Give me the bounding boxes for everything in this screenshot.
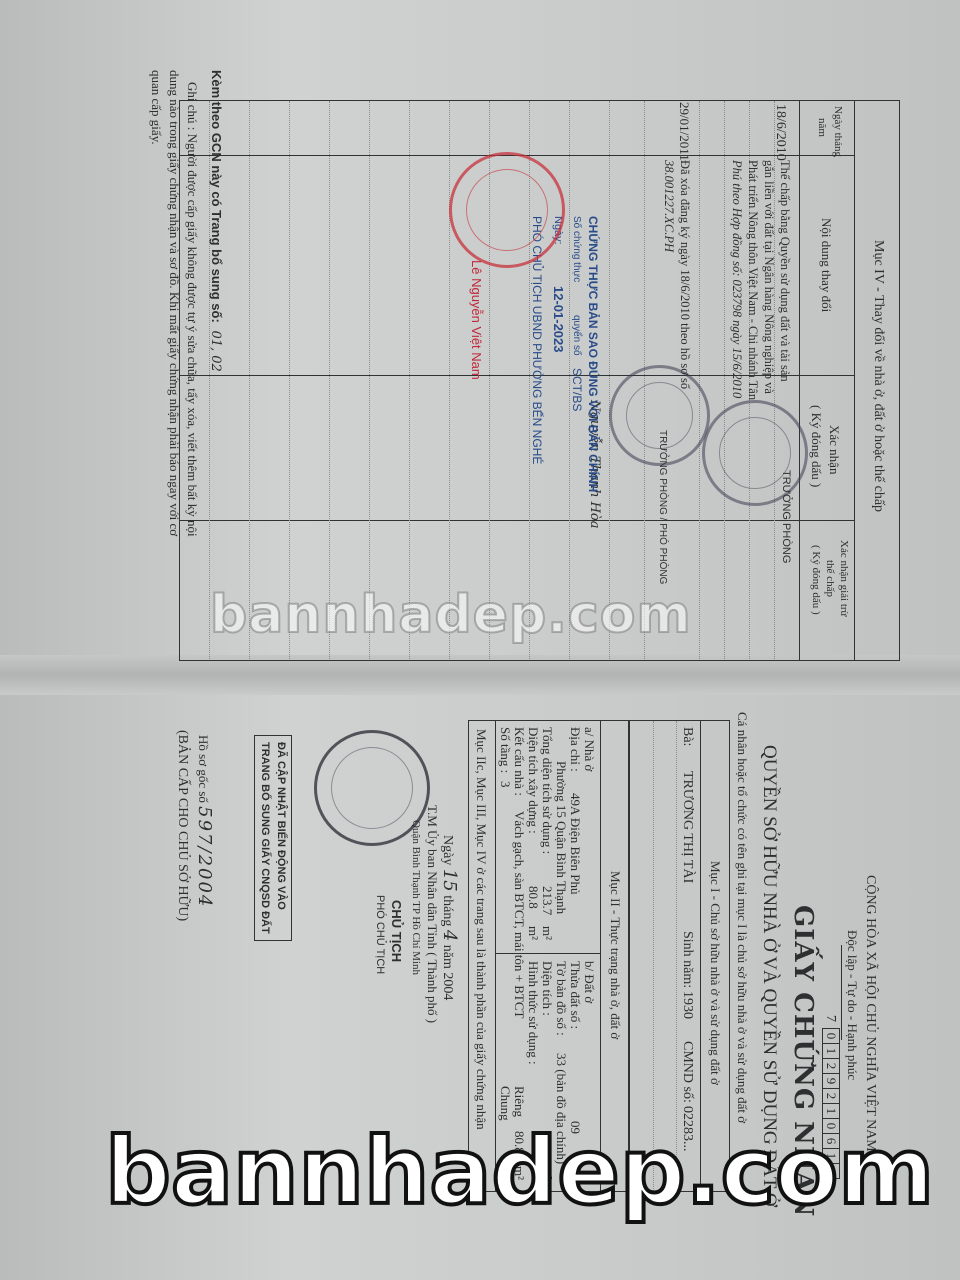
usage-label: Hình thức sử dụng :	[525, 961, 541, 1065]
sign-role: CHỦ TỊCH	[389, 900, 404, 962]
issue-date: Ngày 15 tháng 4 năm 2004	[439, 835, 460, 1000]
file-number: Hồ sơ gốc số 597/2004	[194, 735, 215, 908]
parcel-label: Thửa đất số :	[567, 961, 583, 1029]
footer-note: Mục IIc, Mục III, Mục IV ở các trang sau…	[473, 729, 489, 1130]
sign-role-2: PHÓ CHỦ TỊCH	[374, 895, 386, 974]
attached-pages: Kèm theo GCN này có Trang bổ sung số: 01…	[208, 70, 224, 372]
id-label: CMND số:	[679, 1041, 695, 1103]
birth-label: Sinh năm:	[679, 931, 695, 988]
col-date-a: Ngày tháng	[832, 106, 844, 157]
copy-note: (BẢN CẤP CHO CHỦ SỞ HỮU)	[174, 730, 190, 921]
row2-line2: 38.001227.XC.PH	[661, 160, 676, 252]
cert-signer: Lê Nguyễn Việt Nam	[469, 260, 484, 380]
structure-label: Kết cấu nhà :	[511, 727, 527, 796]
issuing-authority: T.M Ủy ban Nhân dân Tỉnh ( Thành phố )	[424, 805, 440, 1023]
col-release-c: ( Ký đóng dấu )	[810, 545, 822, 615]
shared-label: Chung	[497, 1086, 513, 1121]
address-label: Địa chỉ :	[567, 727, 583, 772]
certificate-intro: Cá nhân hoặc tổ chức có tên ghi tại mục …	[734, 712, 750, 1123]
floors-value: 3	[497, 781, 513, 788]
row1-stamp-role: TRƯỞNG PHÒNG	[780, 470, 792, 563]
col-release-b: thế chấp	[824, 560, 836, 597]
owner-name: TRƯƠNG THỊ TÀI	[679, 771, 695, 883]
birth-year: 1930	[679, 991, 695, 1019]
private-label: Riêng	[511, 1086, 527, 1117]
total-area-label: Tổng diện tích sử dụng :	[539, 727, 555, 854]
built-area-value: 80.8	[525, 886, 541, 909]
ward-red-stamp	[449, 152, 565, 268]
floors-label: Số tầng :	[497, 727, 513, 773]
row1-date: 18/6/2010	[772, 104, 788, 161]
cert-title: CHỨNG THỰC BẢN SAO ĐÚNG VỚI BẢN CHÍNH	[586, 216, 600, 492]
cert-book-label: quyển số	[571, 315, 582, 356]
col-content: Nội dung thay đổi	[818, 218, 834, 312]
update-box: ĐÃ CẬP NHẬT BIẾN ĐỘNG VÀO TRANG BỔ SUNG …	[254, 735, 292, 941]
section-iv-title: Mục IV - Thay đổi về nhà ở, đất ở hoặc t…	[870, 240, 886, 512]
total-area-unit: m²	[539, 926, 555, 940]
district-stamp	[314, 730, 430, 846]
watermark-center: bannhadep.com	[210, 585, 692, 645]
row2-date: 29/01/2011	[676, 102, 692, 161]
col-confirm-b: ( Ký đóng dấu )	[808, 405, 824, 487]
address-value: 49A Điện Biên Phủ	[567, 793, 583, 894]
note-line-2: dung nào trong giấy chứng nhận và sơ đồ.…	[166, 70, 182, 536]
cert-date-value: 12-01-2023	[551, 286, 566, 353]
built-area-label: Diện tích xây dựng :	[525, 727, 541, 834]
row2-stamp-role: TRƯỞNG PHÒNG / PHÓ PHÒNG	[657, 430, 668, 584]
row1-line3: Phát triển Nông thôn Việt Nam - Chi nhán…	[745, 160, 760, 400]
section-i-title: Mục I - Chủ sở hữu nhà ở và sử dụng đất …	[707, 861, 723, 1085]
national-header: CỘNG HÒA XÃ HỘI CHỦ NGHĨA VIỆT NAM	[862, 875, 878, 1152]
ward-value: Phường 15 Quận Bình Thạnh	[553, 761, 569, 914]
col-confirm-a: Xác nhận	[826, 425, 842, 474]
map-label: Tờ bản đồ số :	[553, 961, 569, 1036]
built-area-unit: m²	[525, 926, 541, 940]
row1-line1: Thế chấp bằng Quyền sử dụng đất và tài s…	[777, 160, 792, 382]
cert-no-label: Số chứng thực	[571, 216, 582, 282]
serial-prefix: 7	[823, 1015, 838, 1022]
watermark-bottom: bannhadep.com	[105, 1118, 934, 1225]
col-release-a: Xác nhận giải trừ	[838, 540, 850, 617]
note-line-1: Ghi chú : Người được cấp giấy không được…	[184, 82, 200, 537]
motto: Độc lập - Tự do - Hạnh phúc	[844, 930, 860, 1080]
attached-label: Kèm theo GCN này có Trang bổ sung số:	[209, 70, 224, 323]
total-area-value: 213.7	[539, 886, 555, 915]
owner-title: Bà:	[679, 727, 695, 746]
row2-line1: Đã xóa đăng ký ngày 18/6/2010 theo hồ sơ…	[677, 160, 692, 389]
section-iv-table: Mục IV - Thay đổi về nhà ở, đất ở hoặc t…	[180, 100, 900, 660]
attached-value: 01, 02	[208, 330, 223, 371]
note-line-3: quan cấp giấy.	[148, 70, 164, 145]
issuing-district: Quận Bình Thạnh TP Hồ Chí Minh	[410, 820, 422, 975]
cert-book-value: SCT/BS	[570, 368, 584, 411]
land-area-label: Diện tích :	[539, 961, 555, 1016]
land-heading: b/ Đất ở	[581, 961, 597, 1003]
col-date-b: năm	[816, 118, 828, 137]
row1-line4: Phú theo Hợp đồng số: 023798 ngày 15/6/2…	[729, 160, 744, 398]
house-heading: a/ Nhà ở	[581, 727, 597, 771]
bank-stamp	[702, 400, 808, 506]
row1-line2: gắn liền với đất tại Ngân hàng Nông nghi…	[761, 160, 776, 394]
section-ii-title: Mục II - Thực trạng nhà ở, đất ở	[607, 871, 623, 1039]
